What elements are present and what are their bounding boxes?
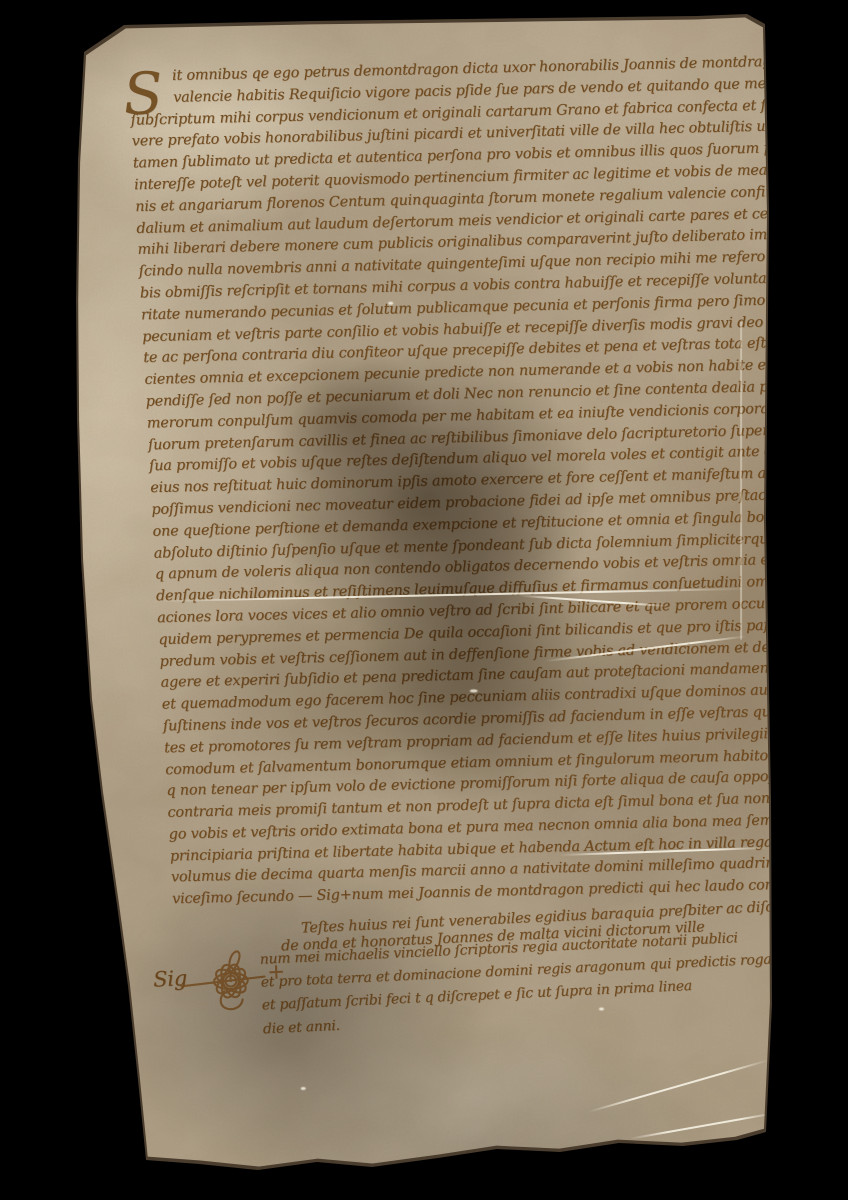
speck	[388, 302, 393, 305]
speck	[470, 689, 478, 692]
parchment: S it omnibus qe ego petrus demontdragon …	[3, 4, 846, 1197]
speck	[599, 1007, 604, 1010]
photo-background: S it omnibus qe ego petrus demontdragon …	[0, 0, 848, 1200]
scratch-mark	[587, 1059, 769, 1113]
crease-mark	[740, 322, 742, 640]
speck	[301, 1087, 306, 1090]
notary-signature-block: Sig num mei michaelis vinciello ſcriptor…	[152, 917, 792, 1055]
scratch-mark	[630, 1112, 777, 1140]
initial-capital: S	[122, 64, 164, 123]
notary-sign-lines: num mei michaelis vinciello ſcriptoris r…	[259, 925, 795, 1041]
